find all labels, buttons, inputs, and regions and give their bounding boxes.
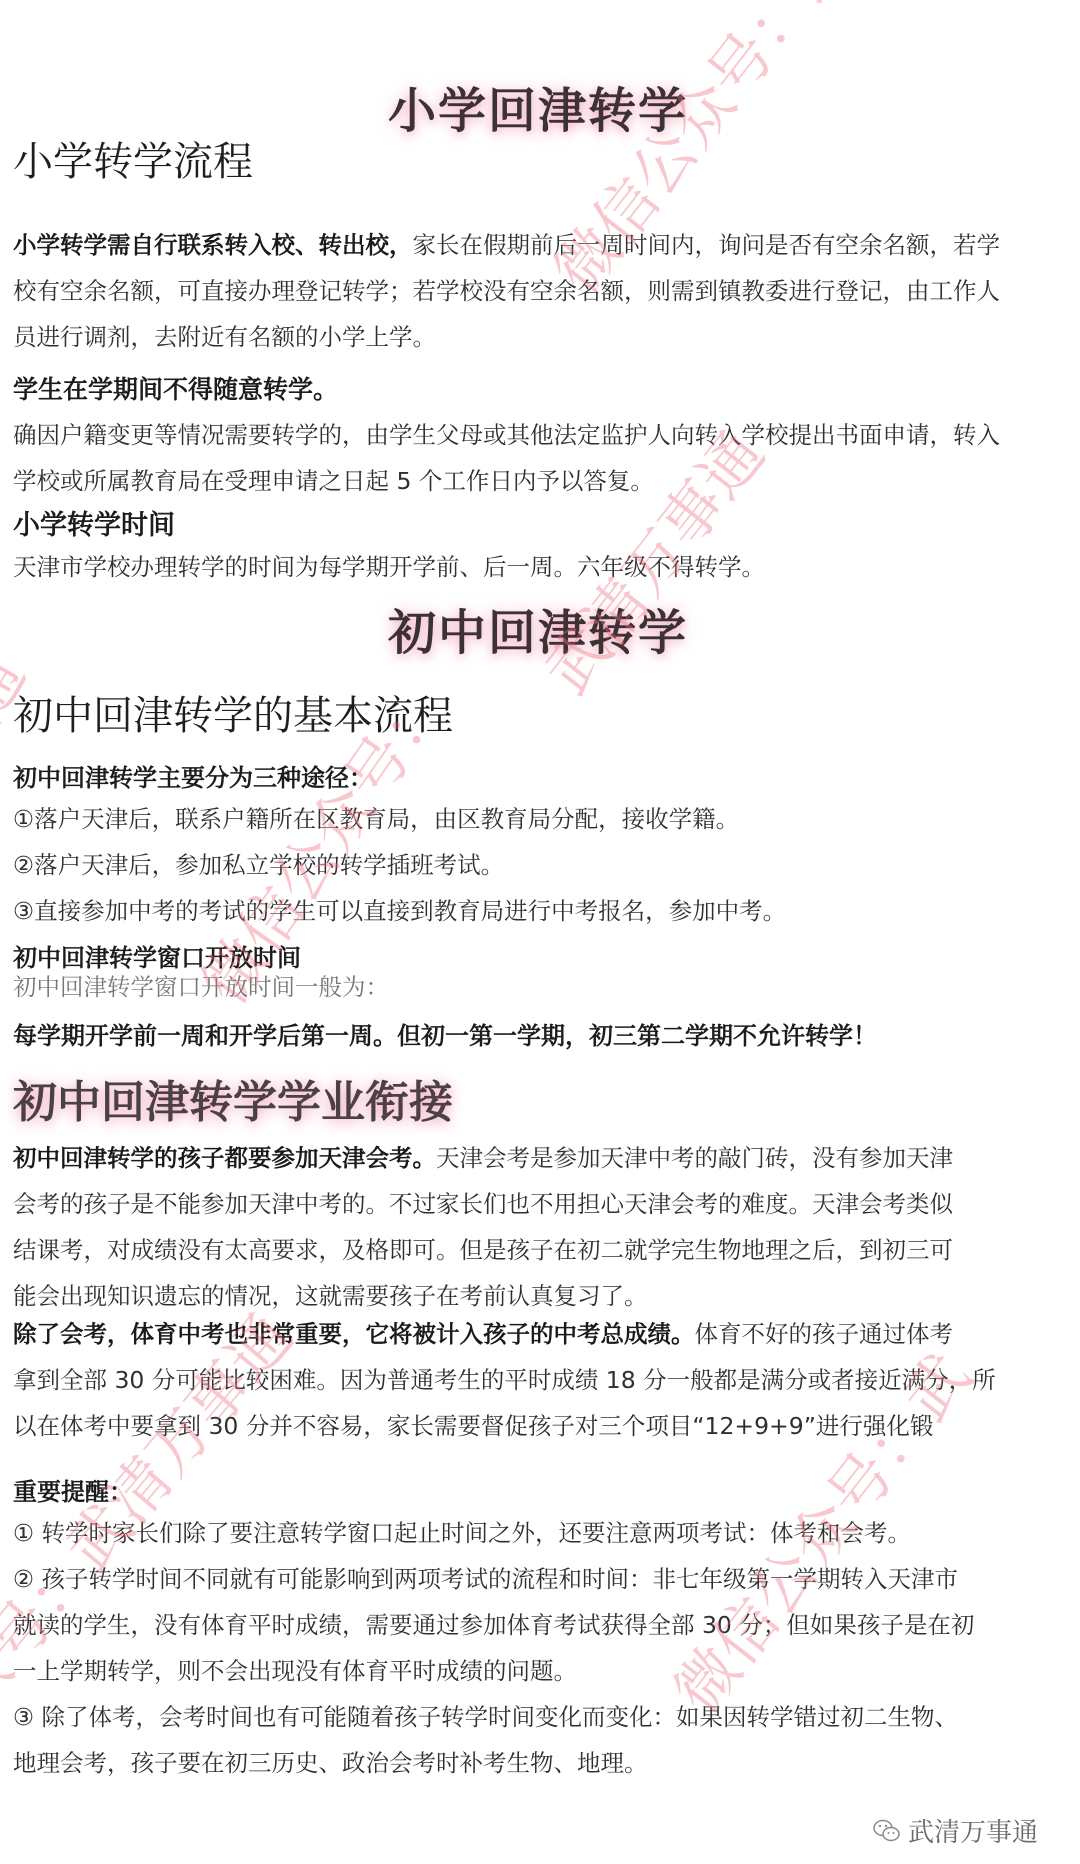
reminder-item: ① 转学时家长们除了要注意转学窗口起止时间之外，还要注意两项考试：体考和会考。 xyxy=(13,1519,911,1547)
exam-para-line: 会考的孩子是不能参加天津中考的。不过家长们也不用担心天津会考的难度。天津会考类似 xyxy=(13,1190,953,1218)
primary-rule-heading: 学生在学期间不得随意转学。 xyxy=(13,370,338,406)
primary-intro-line: 员进行调剂，去附近有名额的小学上学。 xyxy=(13,323,436,351)
exam-para-line: 天津会考是参加天津中考的敲门砖，没有参加天津 xyxy=(436,1144,953,1172)
wechat-account-footer: 武清万事通 xyxy=(872,1812,1038,1849)
primary-intro-line: 家长在假期前后一周时间内，询问是否有空余名额，若学 xyxy=(413,231,1001,259)
middle-window-heading: 初中回津转学窗口开放时间 xyxy=(13,938,301,973)
primary-intro-bold: 小学转学需自行联系转入校、转出校， xyxy=(13,231,413,259)
reminder-item: 一上学期转学，则不会出现没有体育平时成绩的问题。 xyxy=(13,1657,577,1685)
middle-paths-list: ①落户天津后，联系户籍所在区教育局，由区教育局分配，接收学籍。 ②落户天津后，参… xyxy=(13,796,1071,934)
reminder-heading: 重要提醒： xyxy=(13,1472,133,1507)
primary-rule-paragraph: 确因户籍变更等情况需要转学的，由学生父母或其他法定监护人向转入学校提出书面申请，… xyxy=(13,412,1071,504)
primary-intro-line: 校有空余名额，可直接办理登记转学；若学校没有空余名额，则需到镇教委进行登记，由工… xyxy=(13,277,1000,305)
exam-para-bold: 初中回津转学的孩子都要参加天津会考。 xyxy=(13,1144,436,1172)
reminder-item: 就读的学生，没有体育平时成绩，需要通过参加体育考试获得全部 30 分；但如果孩子… xyxy=(13,1611,974,1639)
pe-para-bold: 除了会考，体育中考也非常重要，它将被计入孩子的中考总成绩。 xyxy=(13,1320,695,1348)
middle-school-title: 初中回津转学 xyxy=(388,594,688,663)
primary-flow-heading: 小学转学流程 xyxy=(13,130,253,187)
wechat-account-name: 武清万事通 xyxy=(908,1812,1038,1849)
wechat-icon xyxy=(872,1818,902,1844)
exam-para-line: 结课考，对成绩没有太高要求，及格即可。但是孩子在初二就学完生物地理之后，到初三可 xyxy=(13,1236,953,1264)
primary-intro-paragraph: 小学转学需自行联系转入校、转出校，家长在假期前后一周时间内，询问是否有空余名额，… xyxy=(13,222,1071,360)
path-item: ②落户天津后，参加私立学校的转学插班考试。 xyxy=(13,851,504,879)
primary-time-heading: 小学转学时间 xyxy=(13,503,175,542)
path-item: ③直接参加中考的考试的学生可以直接到教育局进行中考报名，参加中考。 xyxy=(13,897,786,925)
middle-window-intro: 初中回津转学窗口开放时间一般为： xyxy=(13,972,389,1002)
reminder-item: 地理会考，孩子要在初三历史、政治会考时补考生物、地理。 xyxy=(13,1749,648,1777)
pe-para-line: 拿到全部 30 分可能比较困难。因为普通考生的平时成绩 18 分一般都是满分或者… xyxy=(13,1366,996,1394)
document-page: 小学回津转学 小学转学流程 小学转学需自行联系转入校、转出校，家长在假期前后一周… xyxy=(0,0,1080,1864)
pe-para-line: 体育不好的孩子通过体考 xyxy=(695,1320,954,1348)
reminder-list: ① 转学时家长们除了要注意转学窗口起止时间之外，还要注意两项考试：体考和会考。 … xyxy=(13,1510,1071,1786)
reminder-item: ② 孩子转学时间不同就有可能影响到两项考试的流程和时间：非七年级第一学期转入天津… xyxy=(13,1565,958,1593)
path-item: ①落户天津后，联系户籍所在区教育局，由区教育局分配，接收学籍。 xyxy=(13,805,739,833)
middle-exam-paragraph: 初中回津转学的孩子都要参加天津会考。天津会考是参加天津中考的敲门砖，没有参加天津… xyxy=(13,1135,1071,1319)
middle-flow-heading: 初中回津转学的基本流程 xyxy=(13,684,453,741)
middle-paths-heading: 初中回津转学主要分为三种途径： xyxy=(13,758,373,793)
primary-rule-line: 确因户籍变更等情况需要转学的，由学生父母或其他法定监护人向转入学校提出书面申请，… xyxy=(13,421,1000,449)
middle-pe-paragraph: 除了会考，体育中考也非常重要，它将被计入孩子的中考总成绩。体育不好的孩子通过体考… xyxy=(13,1311,1071,1449)
primary-school-title: 小学回津转学 xyxy=(388,72,688,141)
middle-window-text: 每学期开学前一周和开学后第一周。但初一第一学期，初三第二学期不允许转学！ xyxy=(13,1016,877,1051)
pe-para-line: 以在体考中要拿到 30 分并不容易，家长需要督促孩子对三个项目“12+9+9”进… xyxy=(13,1412,933,1440)
primary-time-text: 天津市学校办理转学的时间为每学期开学前、后一周。六年级不得转学。 xyxy=(13,544,765,590)
reminder-item: ③ 除了体考，会考时间也有可能随着孩子转学时间变化而变化：如果因转学错过初二生物… xyxy=(13,1703,958,1731)
primary-rule-line: 学校或所属教育局在受理申请之日起 5 个工作日内予以答复。 xyxy=(13,467,654,495)
middle-bridge-heading: 初中回津转学学业衔接 xyxy=(13,1066,453,1130)
exam-para-line: 能会出现知识遗忘的情况，这就需要孩子在考前认真复习了。 xyxy=(13,1282,648,1310)
